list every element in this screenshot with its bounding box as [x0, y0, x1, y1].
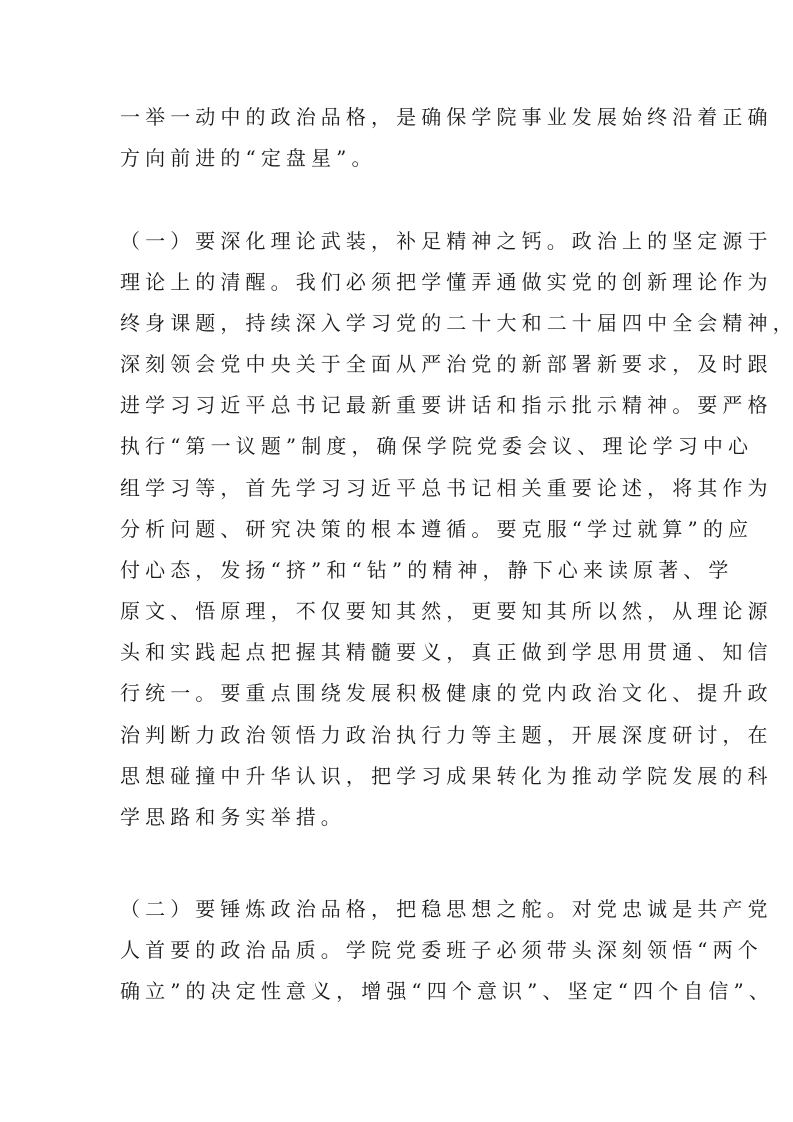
- text-line: 深刻领会党中央关于全面从严治党的新部署新要求，及时跟: [120, 349, 680, 379]
- text-line: 原文、悟原理，不仅要知其然，更要知其所以然，从理论源: [120, 596, 680, 626]
- text-line: 终身课题，持续深入学习党的二十大和二十届四中全会精神，: [120, 308, 680, 338]
- text-line: 学思路和务实举措。: [120, 802, 680, 832]
- document-page: 一举一动中的政治品格，是确保学院事业发展始终沿着正确 方向前进的“定盘星”。 （…: [0, 0, 793, 1122]
- text-line: 头和实践起点把握其精髓要义，真正做到学思用贯通、知信: [120, 637, 680, 667]
- text-line: 理论上的清醒。我们必须把学懂弄通做实党的创新理论作为: [120, 267, 680, 297]
- text-line: 确立”的决定性意义，增强“四个意识”、坚定“四个自信”、: [120, 976, 680, 1006]
- text-line: 执行“第一议题”制度，确保学院党委会议、理论学习中心: [120, 431, 680, 461]
- text-line: 一举一动中的政治品格，是确保学院事业发展始终沿着正确: [120, 102, 680, 132]
- text-line: 方向前进的“定盘星”。: [120, 143, 680, 173]
- text-line: 付心态，发扬“挤”和“钻”的精神，静下心来读原著、学: [120, 555, 680, 585]
- text-line: 行统一。要重点围绕发展积极健康的党内政治文化、提升政: [120, 678, 680, 708]
- section-heading-line: （一）要深化理论武装，补足精神之钙。政治上的坚定源于: [120, 226, 680, 256]
- text-line: 思想碰撞中升华认识，把学习成果转化为推动学院发展的科: [120, 761, 680, 791]
- text-line: 进学习习近平总书记最新重要讲话和指示批示精神。要严格: [120, 390, 680, 420]
- text-line: 人首要的政治品质。学院党委班子必须带头深刻领悟“两个: [120, 935, 680, 965]
- text-line: 分析问题、研究决策的根本遵循。要克服“学过就算”的应: [120, 514, 680, 544]
- text-line: 治判断力政治领悟力政治执行力等主题，开展深度研讨，在: [120, 720, 680, 750]
- text-line: 组学习等，首先学习习近平总书记相关重要论述，将其作为: [120, 473, 680, 503]
- section-heading-line: （二）要锤炼政治品格，把稳思想之舵。对党忠诚是共产党: [120, 894, 680, 924]
